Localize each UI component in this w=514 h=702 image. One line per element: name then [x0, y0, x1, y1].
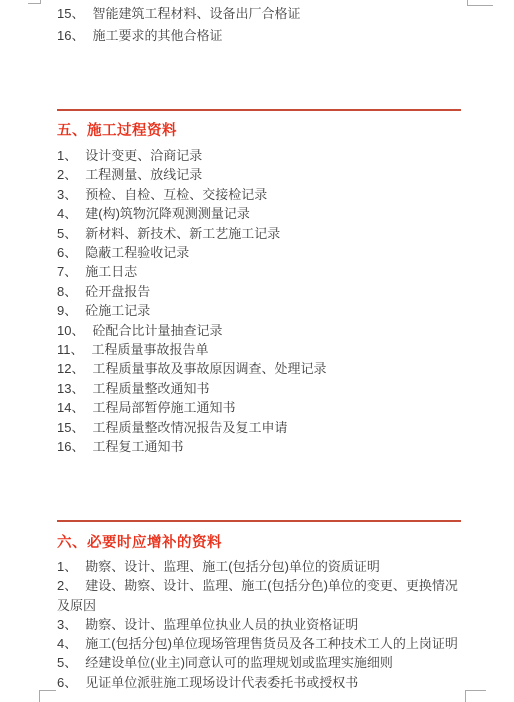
list-item-number: 12、: [57, 361, 84, 376]
list-item-number: 6、: [57, 675, 77, 690]
margin-mark-bottom-left: [39, 690, 40, 702]
list-item: 10、砼配合比计量抽查记录: [57, 321, 468, 340]
section-five-heading: 五、施工过程资料: [57, 119, 177, 140]
list-item: 13、工程质量整改通知书: [57, 379, 468, 398]
list-item-number: 7、: [57, 264, 77, 279]
list-item-number: 14、: [57, 400, 84, 415]
list-item: 5、新材料、新技术、新工艺施工记录: [57, 224, 468, 243]
margin-mark-bottom-left: [39, 690, 56, 691]
list-item-number: 13、: [57, 381, 84, 396]
list-previous-section-tail: 15、智能建筑工程材料、设备出厂合格证 16、施工要求的其他合格证: [57, 3, 468, 48]
list-item-number: 3、: [57, 187, 77, 202]
list-item-text: 砼配合比计量抽查记录: [92, 323, 222, 338]
list-item-number: 15、: [57, 420, 84, 435]
list-item-number: 11、: [57, 342, 84, 357]
list-item-number: 5、: [57, 226, 77, 241]
list-item-text: 工程质量整改情况报告及复工申请: [92, 420, 287, 435]
section-divider-rule: [57, 520, 461, 522]
margin-mark-top-left: [40, 0, 41, 4]
list-item: 15、智能建筑工程材料、设备出厂合格证: [57, 3, 468, 25]
list-item: 6、隐蔽工程验收记录: [57, 243, 468, 262]
list-item-number: 5、: [57, 655, 77, 670]
list-item-text: 工程质量整改通知书: [92, 381, 209, 396]
list-item: 11、工程质量事故报告单: [57, 340, 468, 359]
document-page: 15、智能建筑工程材料、设备出厂合格证 16、施工要求的其他合格证 五、施工过程…: [0, 0, 514, 702]
list-item-number: 2、: [57, 167, 77, 182]
list-item: 1、设计变更、洽商记录: [57, 146, 468, 165]
list-item: 2、工程测量、放线记录: [57, 165, 468, 184]
list-item-text: 砼开盘报告: [85, 284, 150, 299]
section-five-list: 1、设计变更、洽商记录 2、工程测量、放线记录 3、预检、自检、互检、交接检记录…: [57, 146, 468, 457]
list-item-text: 新材料、新技术、新工艺施工记录: [85, 226, 280, 241]
list-item-number: 4、: [57, 636, 77, 651]
list-item-text: 施工日志: [85, 264, 137, 279]
list-item-number: 4、: [57, 206, 77, 221]
list-item-number: 16、: [57, 439, 84, 454]
margin-mark-bottom-right: [465, 690, 486, 691]
list-item: 6、见证单位派驻施工现场设计代表委托书或授权书: [57, 673, 468, 692]
margin-mark-top-right: [467, 5, 493, 6]
list-item-text: 设计变更、洽商记录: [85, 148, 202, 163]
list-item-text: 建(构)筑物沉降观测测量记录: [85, 206, 250, 221]
list-item-number: 3、: [57, 617, 77, 632]
list-item: 16、施工要求的其他合格证: [57, 25, 468, 47]
list-item-number: 6、: [57, 245, 77, 260]
list-item-number: 10、: [57, 323, 84, 338]
list-item: 3、勘察、设计、监理单位执业人员的执业资格证明: [57, 615, 468, 634]
list-item-number: 1、: [57, 148, 77, 163]
list-item-text: 施工(包括分包)单位现场管理售货员及各工种技术工人的上岗证明: [85, 636, 458, 651]
list-item: 3、预检、自检、互检、交接检记录: [57, 185, 468, 204]
list-item-text: 施工要求的其他合格证: [92, 28, 222, 43]
list-item-text: 见证单位派驻施工现场设计代表委托书或授权书: [85, 675, 358, 690]
list-item-text: 工程质量事故报告单: [92, 342, 209, 357]
list-item: 1、勘察、设计、监理、施工(包括分包)单位的资质证明: [57, 557, 468, 576]
list-item: 16、工程复工通知书: [57, 437, 468, 456]
list-item-text: 勘察、设计、监理单位执业人员的执业资格证明: [85, 617, 358, 632]
list-item-number: 8、: [57, 284, 77, 299]
list-item: 15、工程质量整改情况报告及复工申请: [57, 418, 468, 437]
list-item-text: 建设、勘察、设计、监理、施工(包括分色)单位的变更、更换情况及原因: [57, 578, 458, 612]
list-item-number: 1、: [57, 559, 77, 574]
list-item: 5、经建设单位(业主)同意认可的监理规划或监理实施细则: [57, 653, 468, 672]
section-six-heading: 六、必要时应增补的资料: [57, 531, 222, 552]
list-item-text: 工程复工通知书: [92, 439, 183, 454]
list-item: 2、建设、勘察、设计、监理、施工(包括分色)单位的变更、更换情况及原因: [57, 576, 468, 615]
list-item-text: 工程局部暂停施工通知书: [92, 400, 235, 415]
list-item-number: 15、: [57, 6, 84, 21]
list-item-number: 9、: [57, 303, 77, 318]
list-item-text: 智能建筑工程材料、设备出厂合格证: [92, 6, 300, 21]
list-item-text: 工程测量、放线记录: [85, 167, 202, 182]
list-item: 8、砼开盘报告: [57, 282, 468, 301]
list-item: 4、施工(包括分包)单位现场管理售货员及各工种技术工人的上岗证明: [57, 634, 468, 653]
list-item: 9、砼施工记录: [57, 301, 468, 320]
list-item-text: 砼施工记录: [85, 303, 150, 318]
list-item-text: 预检、自检、互检、交接检记录: [85, 187, 267, 202]
list-item-number: 16、: [57, 28, 84, 43]
list-item-number: 2、: [57, 578, 77, 593]
list-item-text: 经建设单位(业主)同意认可的监理规划或监理实施细则: [85, 655, 393, 670]
list-item-text: 隐蔽工程验收记录: [85, 245, 189, 260]
section-six-list: 1、勘察、设计、监理、施工(包括分包)单位的资质证明 2、建设、勘察、设计、监理…: [57, 557, 468, 692]
list-item: 4、建(构)筑物沉降观测测量记录: [57, 204, 468, 223]
section-divider-rule: [57, 109, 461, 111]
list-item: 12、工程质量事故及事故原因调查、处理记录: [57, 359, 468, 378]
list-item: 14、工程局部暂停施工通知书: [57, 398, 468, 417]
list-item-text: 勘察、设计、监理、施工(包括分包)单位的资质证明: [85, 559, 380, 574]
list-item: 7、施工日志: [57, 262, 468, 281]
list-item-text: 工程质量事故及事故原因调查、处理记录: [92, 361, 326, 376]
